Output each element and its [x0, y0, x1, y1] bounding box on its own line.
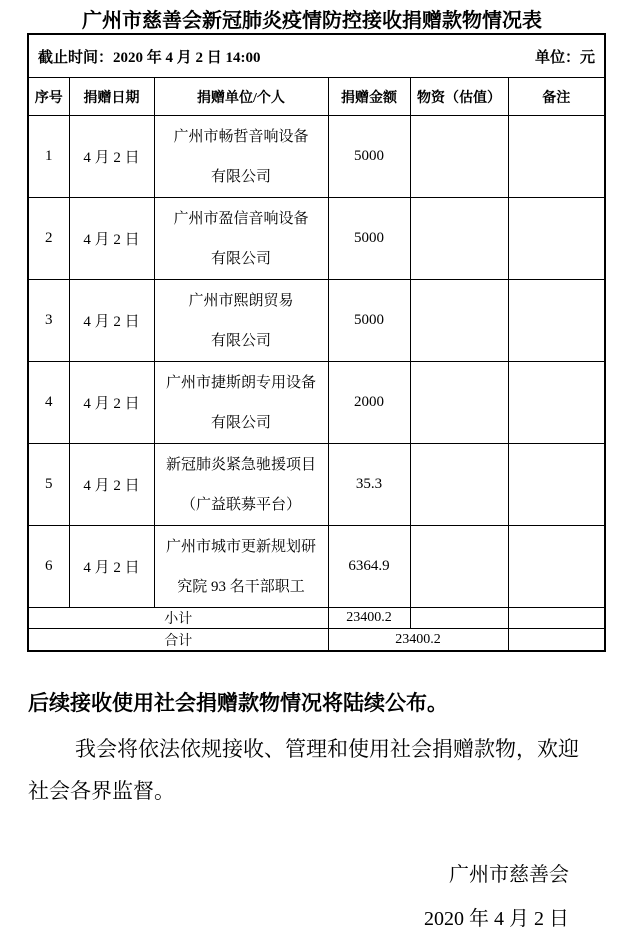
- table-row: 2 4 月 2 日 广州市盈信音响设备 有限公司 5000: [28, 198, 605, 280]
- total-label: 合计: [28, 629, 328, 652]
- subtotal-label: 小计: [28, 608, 328, 629]
- subtotal-row: 小计 23400.2: [28, 608, 605, 629]
- seq-cell: 2: [28, 198, 69, 280]
- date-cell: 4 月 2 日: [69, 198, 154, 280]
- footer-statement: 我会将依法依规接收、管理和使用社会捐赠款物，欢迎 社会各界监督。: [28, 728, 594, 812]
- donor-cell: 广州市城市更新规划研 究院 93 名干部职工: [154, 526, 328, 608]
- goods-cell: [410, 444, 508, 526]
- note-cell: [508, 362, 605, 444]
- signature-date: 2020 年 4 月 2 日: [424, 902, 569, 931]
- donor-name-line: 有限公司: [155, 321, 328, 361]
- donor-name-line: 广州市城市更新规划研: [155, 527, 328, 567]
- donor-name-line: 广州市盈信音响设备: [155, 199, 328, 239]
- donor-cell: 广州市畅哲音响设备 有限公司: [154, 116, 328, 198]
- subtotal-goods-cell: [410, 608, 508, 629]
- deadline-text: 截止时间：2020 年 4 月 2 日 14:00: [38, 46, 261, 67]
- date-cell: 4 月 2 日: [69, 362, 154, 444]
- amount-cell: 6364.9: [328, 526, 410, 608]
- col-header-goods: 物资（估值）: [410, 78, 508, 116]
- donor-cell: 广州市盈信音响设备 有限公司: [154, 198, 328, 280]
- amount-cell: 5000: [328, 198, 410, 280]
- meta-cell: 截止时间：2020 年 4 月 2 日 14:00 单位：元: [28, 34, 605, 78]
- note-cell: [508, 280, 605, 362]
- donor-name-line: 究院 93 名干部职工: [155, 567, 328, 607]
- col-header-note: 备注: [508, 78, 605, 116]
- total-note-cell: [508, 629, 605, 652]
- goods-cell: [410, 198, 508, 280]
- total-amount: 23400.2: [328, 629, 508, 652]
- donation-table: 截止时间：2020 年 4 月 2 日 14:00 单位：元 序号 捐赠日期 捐…: [27, 33, 606, 652]
- donor-name-line: 广州市熙朗贸易: [155, 281, 328, 321]
- table-row: 1 4 月 2 日 广州市畅哲音响设备 有限公司 5000: [28, 116, 605, 198]
- seq-cell: 3: [28, 280, 69, 362]
- note-cell: [508, 444, 605, 526]
- page-title: 广州市慈善会新冠肺炎疫情防控接收捐赠款物情况表: [0, 4, 624, 33]
- subtotal-note-cell: [508, 608, 605, 629]
- amount-cell: 5000: [328, 116, 410, 198]
- date-cell: 4 月 2 日: [69, 526, 154, 608]
- donor-name-line: 广州市畅哲音响设备: [155, 117, 328, 157]
- donor-cell: 广州市熙朗贸易 有限公司: [154, 280, 328, 362]
- goods-cell: [410, 280, 508, 362]
- col-header-amount: 捐赠金额: [328, 78, 410, 116]
- donor-name-line: 有限公司: [155, 403, 328, 443]
- donor-name-line: 广州市捷斯朗专用设备: [155, 363, 328, 403]
- seq-cell: 4: [28, 362, 69, 444]
- goods-cell: [410, 362, 508, 444]
- note-cell: [508, 116, 605, 198]
- subtotal-amount: 23400.2: [328, 608, 410, 629]
- donor-cell: 新冠肺炎紧急驰援项目 （广益联募平台）: [154, 444, 328, 526]
- donor-name-line: 有限公司: [155, 239, 328, 279]
- goods-cell: [410, 526, 508, 608]
- donor-cell: 广州市捷斯朗专用设备 有限公司: [154, 362, 328, 444]
- total-row: 合计 23400.2: [28, 629, 605, 652]
- table-meta-row: 截止时间：2020 年 4 月 2 日 14:00 单位：元: [28, 34, 605, 78]
- col-header-date: 捐赠日期: [69, 78, 154, 116]
- footer-statement-line: 社会各界监督。: [28, 770, 594, 812]
- footer-statement-line: 我会将依法依规接收、管理和使用社会捐赠款物，欢迎: [28, 728, 594, 770]
- table-row: 3 4 月 2 日 广州市熙朗贸易 有限公司 5000: [28, 280, 605, 362]
- note-cell: [508, 198, 605, 280]
- seq-cell: 1: [28, 116, 69, 198]
- goods-cell: [410, 116, 508, 198]
- seq-cell: 6: [28, 526, 69, 608]
- donor-name-line: （广益联募平台）: [155, 485, 328, 525]
- document-page: 广州市慈善会新冠肺炎疫情防控接收捐赠款物情况表 截止时间：2020 年 4 月 …: [0, 0, 624, 950]
- signature-organization: 广州市慈善会: [449, 858, 569, 887]
- date-cell: 4 月 2 日: [69, 280, 154, 362]
- donor-name-line: 新冠肺炎紧急驰援项目: [155, 445, 328, 485]
- table-row: 4 4 月 2 日 广州市捷斯朗专用设备 有限公司 2000: [28, 362, 605, 444]
- unit-text: 单位：元: [535, 46, 595, 67]
- table-header-row: 序号 捐赠日期 捐赠单位/个人 捐赠金额 物资（估值） 备注: [28, 78, 605, 116]
- col-header-seq: 序号: [28, 78, 69, 116]
- col-header-donor: 捐赠单位/个人: [154, 78, 328, 116]
- footer-announcement: 后续接收使用社会捐赠款物情况将陆续公布。: [28, 688, 448, 718]
- seq-cell: 5: [28, 444, 69, 526]
- amount-cell: 35.3: [328, 444, 410, 526]
- amount-cell: 2000: [328, 362, 410, 444]
- donor-name-line: 有限公司: [155, 157, 328, 197]
- table-row: 5 4 月 2 日 新冠肺炎紧急驰援项目 （广益联募平台） 35.3: [28, 444, 605, 526]
- note-cell: [508, 526, 605, 608]
- date-cell: 4 月 2 日: [69, 116, 154, 198]
- date-cell: 4 月 2 日: [69, 444, 154, 526]
- table-row: 6 4 月 2 日 广州市城市更新规划研 究院 93 名干部职工 6364.9: [28, 526, 605, 608]
- amount-cell: 5000: [328, 280, 410, 362]
